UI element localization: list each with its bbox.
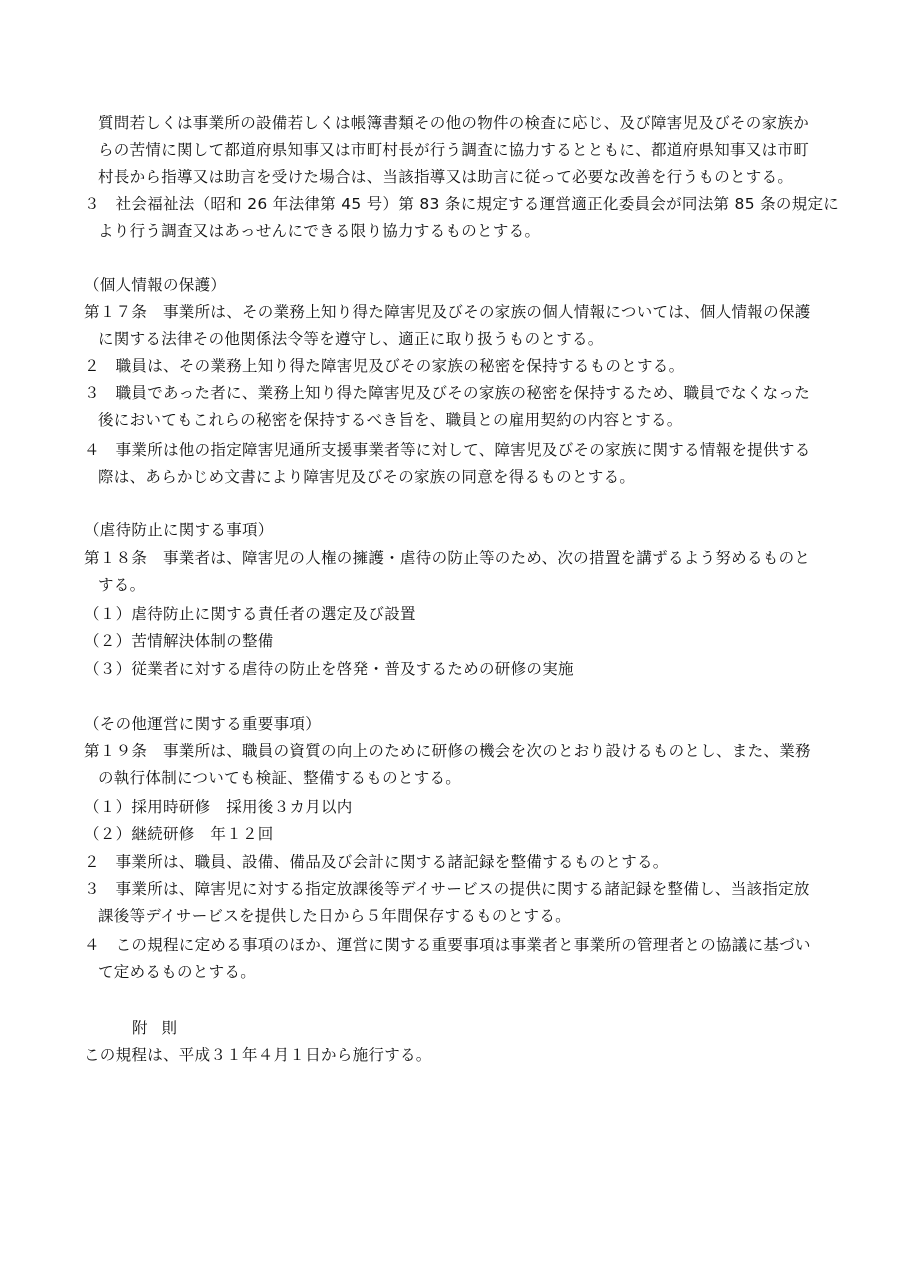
clause-4: ４ 事業所は他の指定障害児通所支援事業者等に対して、障害児及びその家族に関する情… — [84, 437, 829, 463]
clause-3: ３ 事業所は、障害児に対する指定放課後等デイサービスの提供に関する諸記録を整備し… — [84, 876, 829, 902]
paragraph-line: 質問若しくは事業所の設備若しくは帳簿書類その他の物件の検査に応じ、及び障害児及び… — [98, 110, 843, 136]
list-item: （２）継続研修 年１２回 — [84, 821, 829, 847]
section-heading-privacy: （個人情報の保護） — [84, 272, 829, 298]
paragraph-line: 際は、あらかじめ文書により障害児及びその家族の同意を得るものとする。 — [98, 464, 843, 490]
paragraph-line: 後においてもこれらの秘密を保持するべき旨を、職員との雇用契約の内容とする。 — [98, 407, 843, 433]
paragraph-line: する。 — [98, 572, 843, 598]
article-19: 第１９条 事業所は、職員の資質の向上のために研修の機会を次のとおり設けるものとし… — [84, 738, 829, 764]
paragraph-line: より行う調査又はあっせんにできる限り協力するものとする。 — [98, 218, 843, 244]
supplementary-text: この規程は、平成３１年４月１日から施行する。 — [84, 1042, 829, 1068]
section-heading-other-operations: （その他運営に関する重要事項） — [84, 711, 829, 737]
list-item: （２）苦情解決体制の整備 — [84, 628, 829, 654]
list-item: （１）虐待防止に関する責任者の選定及び設置 — [84, 601, 829, 627]
clause-3: ３ 社会福祉法（昭和 26 年法律第 45 号）第 83 条に規定する運営適正化… — [84, 191, 829, 217]
clause-3: ３ 職員であった者に、業務上知り得た障害児及びその家族の秘密を保持するため、職員… — [84, 380, 829, 406]
list-item: （３）従業者に対する虐待の防止を啓発・普及するための研修の実施 — [84, 656, 829, 682]
paragraph-line: て定めるものとする。 — [98, 959, 843, 985]
paragraph-line: に関する法律その他関係法令等を遵守し、適正に取り扱うものとする。 — [98, 326, 843, 352]
article-17: 第１７条 事業所は、その業務上知り得た障害児及びその家族の個人情報については、個… — [84, 299, 829, 325]
paragraph-line: らの苦情に関して都道府県知事又は市町村長が行う調査に協力するとともに、都道府県知… — [98, 137, 843, 163]
paragraph-line: 課後等デイサービスを提供した日から５年間保存するものとする。 — [98, 903, 843, 929]
supplementary-heading: 附則 — [132, 1015, 877, 1041]
paragraph-line: 村長から指導又は助言を受けた場合は、当該指導又は助言に従って必要な改善を行うもの… — [98, 164, 843, 190]
clause-2: ２ 職員は、その業務上知り得た障害児及びその家族の秘密を保持するものとする。 — [84, 353, 829, 379]
article-18: 第１８条 事業者は、障害児の人権の擁護・虐待の防止等のため、次の措置を講ずるよう… — [84, 545, 829, 571]
clause-4: ４ この規程に定める事項のほか、運営に関する重要事項は事業者と事業所の管理者との… — [84, 932, 829, 958]
paragraph-line: の執行体制についても検証、整備するものとする。 — [98, 765, 843, 791]
section-heading-abuse-prevention: （虐待防止に関する事項） — [84, 517, 829, 543]
document-page: 質問若しくは事業所の設備若しくは帳簿書類その他の物件の検査に応じ、及び障害児及び… — [0, 0, 905, 1280]
clause-2: ２ 事業所は、職員、設備、備品及び会計に関する諸記録を整備するものとする。 — [84, 849, 829, 875]
list-item: （１）採用時研修 採用後３カ月以内 — [84, 794, 829, 820]
